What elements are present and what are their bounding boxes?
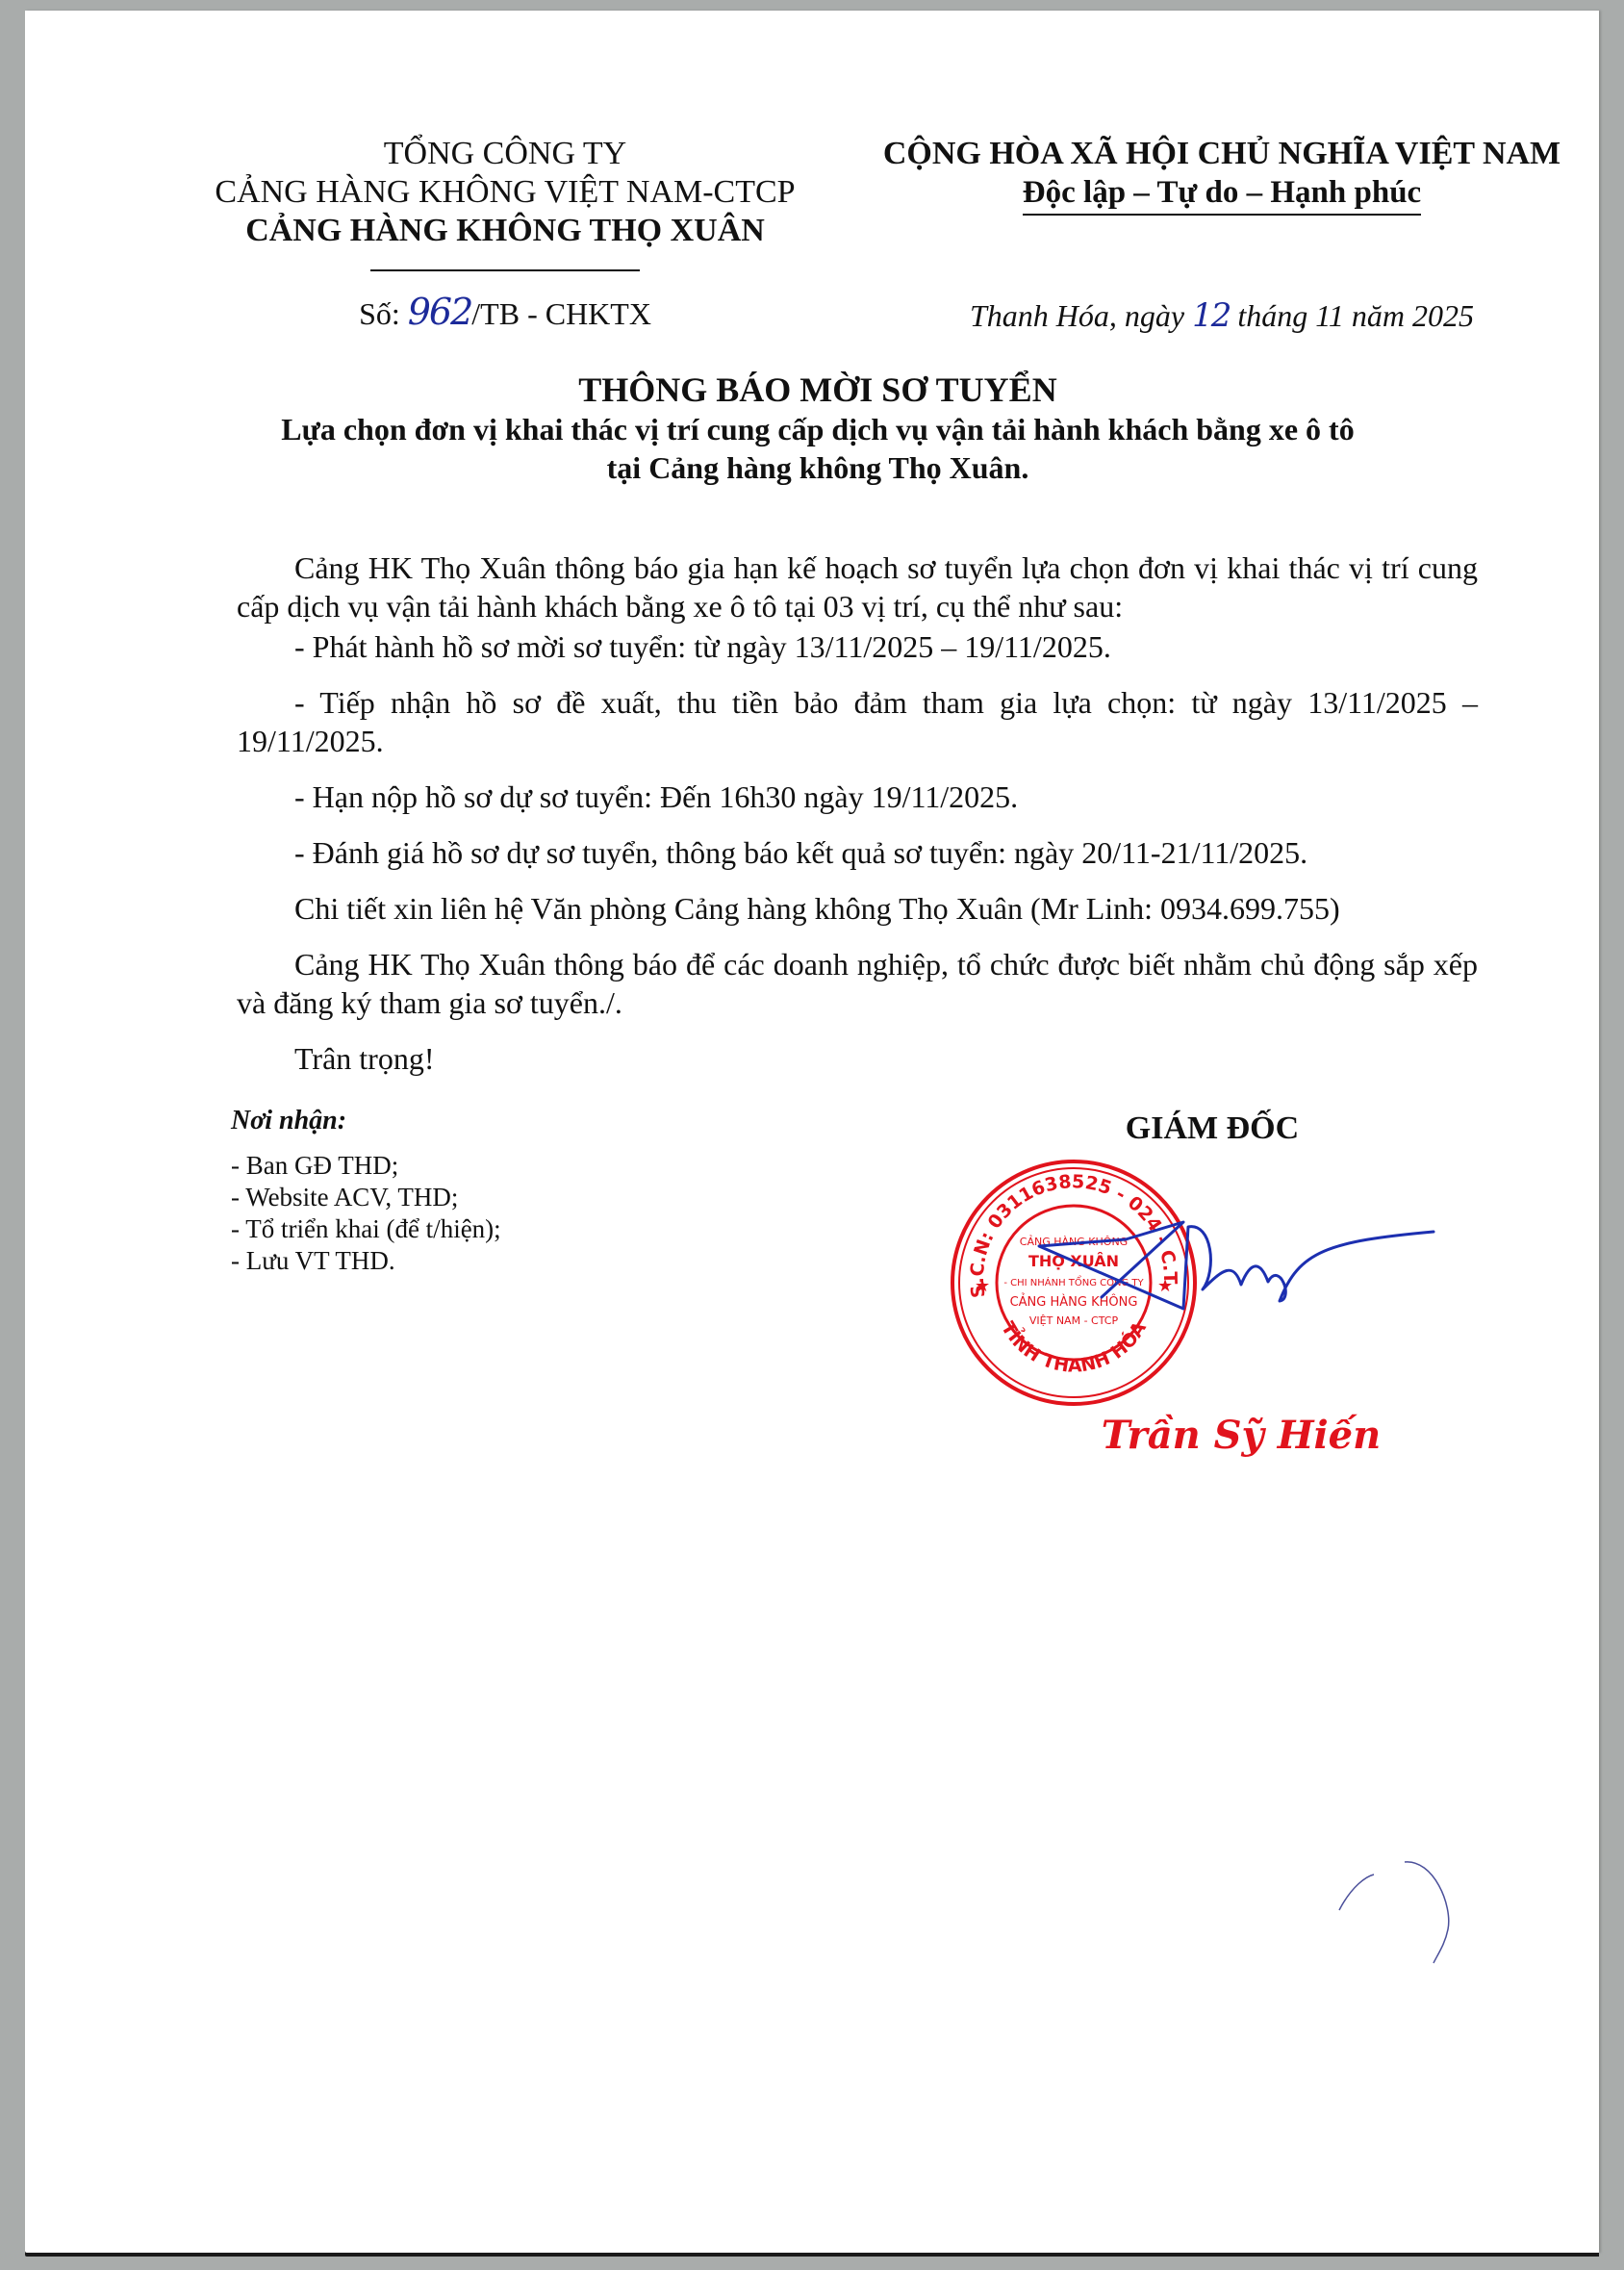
national-motto: Độc lập – Tự do – Hạnh phúc [1023,173,1421,216]
signer-title: GIÁM ĐỐC [1020,1110,1405,1147]
handwritten-signature-icon [981,1193,1453,1338]
divider [370,269,640,271]
intro-paragraph: Cảng HK Thọ Xuân thông báo gia hạn kế ho… [237,548,1478,625]
contact-paragraph: Chi tiết xin liên hệ Văn phòng Cảng hàng… [237,889,1478,928]
parent-company-line2: CẢNG HÀNG KHÔNG VIỆT NAM-CTCP [173,173,837,212]
national-header: CỘNG HÒA XÃ HỘI CHỦ NGHĨA VIỆT NAM Độc l… [847,135,1597,216]
notice-body: Cảng HK Thọ Xuân thông báo gia hạn kế ho… [237,548,1478,1078]
nation-name: CỘNG HÒA XÃ HỘI CHỦ NGHĨA VIỆT NAM [847,135,1597,173]
signer-name: Trần Sỹ Hiến [1058,1413,1424,1458]
schedule-item: - Hạn nộp hồ sơ dự sơ tuyển: Đến 16h30 n… [237,778,1478,816]
handwritten-number: 962 [408,291,472,333]
recipients-block: Nơi nhận: - Ban GĐ THD; - Website ACV, T… [231,1105,731,1277]
notice-title: THÔNG BÁO MỜI SƠ TUYỂN Lựa chọn đơn vị k… [192,370,1443,487]
recipient-item: - Website ACV, THD; [231,1182,731,1213]
handwritten-day: 12 [1192,296,1230,335]
schedule-item: - Phát hành hồ sơ mời sơ tuyển: từ ngày … [237,627,1478,666]
schedule-item: - Tiếp nhận hồ sơ đề xuất, thu tiền bảo … [237,683,1478,760]
recipient-item: - Lưu VT THD. [231,1245,731,1277]
recipient-item: - Ban GĐ THD; [231,1150,731,1182]
pen-mark-icon [1328,1848,1482,1982]
title-sub-1: Lựa chọn đơn vị khai thác vị trí cung cấ… [192,410,1443,448]
issuing-unit: CẢNG HÀNG KHÔNG THỌ XUÂN [173,212,837,250]
title-sub-2: tại Cảng hàng không Thọ Xuân. [192,448,1443,487]
place-date: Thanh Hóa, ngày 12 tháng 11 năm 2025 [847,296,1597,335]
recipients-label: Nơi nhận: [231,1105,731,1136]
recipient-item: - Tổ triển khai (để t/hiện); [231,1213,731,1245]
title-main: THÔNG BÁO MỜI SƠ TUYỂN [192,370,1443,410]
regards: Trân trọng! [237,1039,1478,1078]
parent-company-line1: TỔNG CÔNG TY [173,135,837,173]
document-number: Số: 962/TB - CHKTX [173,291,837,333]
schedule-item: - Đánh giá hồ sơ dự sơ tuyển, thông báo … [237,833,1478,872]
issuing-agency-block: TỔNG CÔNG TY CẢNG HÀNG KHÔNG VIỆT NAM-CT… [173,135,837,271]
closing-paragraph: Cảng HK Thọ Xuân thông báo để các doanh … [237,945,1478,1022]
